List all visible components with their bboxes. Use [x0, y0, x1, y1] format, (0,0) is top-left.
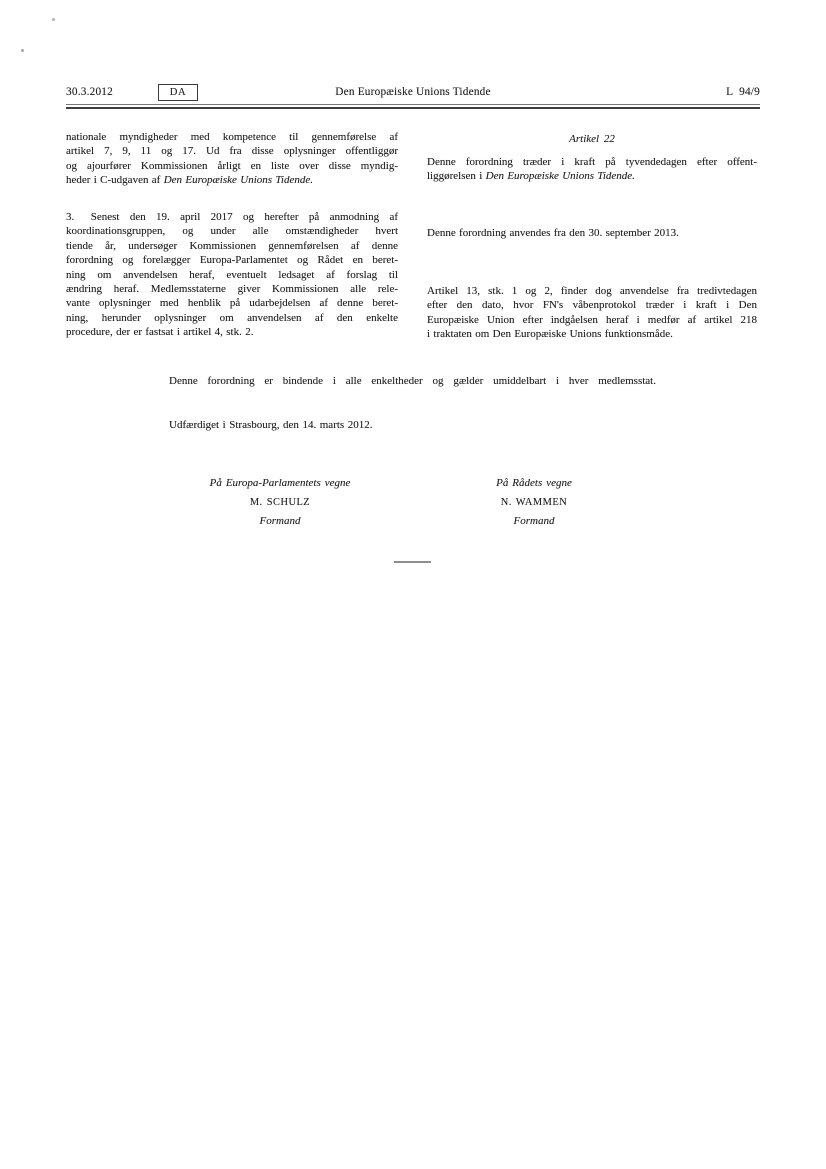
header-rule — [66, 104, 760, 109]
text: artikel 7, 9, 11 og 17. Ud fra disse opl… — [66, 145, 398, 157]
signatory-title: Formand — [160, 515, 400, 528]
text: liggørelsen i — [427, 170, 486, 182]
text: Denne forordning anvendes fra den 30. se… — [427, 227, 679, 239]
text-line: Denne forordning anvendes fra den 30. se… — [427, 226, 757, 240]
text: procedure, der er fastsat i artikel 4, s… — [66, 326, 253, 338]
signature-on-behalf: På Europa-Parlamentets vegne — [160, 477, 400, 490]
place-and-date: Udfærdiget i Strasbourg, den 14. marts 2… — [169, 419, 373, 431]
text: i traktaten om Den Europæiske Unions fun… — [427, 328, 673, 340]
italic-text: Den Europæiske Unions Tidende. — [486, 170, 635, 182]
text: Denne forordning træder i kraft på tyven… — [427, 156, 757, 168]
text-line: nationale myndigheder med kompetence til… — [66, 130, 398, 144]
italic-text: Den Europæiske Unions Tidende. — [164, 174, 313, 186]
text: nationale myndigheder med kompetence til… — [66, 131, 398, 143]
text-line: vante oplysninger med henblik på udarbej… — [66, 296, 398, 310]
text: forordning og forelægger Europa-Parlamen… — [66, 254, 398, 266]
scan-speck — [52, 18, 55, 21]
text: tiende år, undersøger Kommissionen genne… — [66, 240, 398, 252]
binding-clause: Denne forordning er bindende i alle enke… — [169, 374, 656, 388]
journal-page: 30.3.2012 DA Den Europæiske Unions Tiden… — [0, 0, 826, 1169]
text-line: ændring heraf. Medlemsstaterne giver Kom… — [66, 282, 398, 296]
text: efter den dato, hvor FN's våbenprotokol … — [427, 299, 757, 311]
signature-block-council: På Rådets vegne N. WAMMEN Formand — [414, 477, 654, 528]
text-line: heder i C-udgaven af Den Europæiske Unio… — [66, 173, 398, 187]
text-line: Artikel 13, stk. 1 og 2, finder dog anve… — [427, 284, 757, 298]
text-line: procedure, der er fastsat i artikel 4, s… — [66, 325, 398, 339]
paragraph-right-2: Denne forordning anvendes fra den 30. se… — [427, 226, 757, 240]
signatory-name: N. WAMMEN — [414, 497, 654, 510]
text-line: forordning og forelægger Europa-Parlamen… — [66, 253, 398, 267]
text-line: koordinationsgruppen, og under alle omst… — [66, 224, 398, 238]
text: og ajourfører Kommissionen årligt en lis… — [66, 160, 398, 172]
text-line: og ajourfører Kommissionen årligt en lis… — [66, 159, 398, 173]
signatory-title: Formand — [414, 515, 654, 528]
text: ning, herunder oplysninger om anvendelse… — [66, 312, 398, 324]
scan-speck — [21, 49, 24, 52]
signature-on-behalf: På Rådets vegne — [414, 477, 654, 490]
text: heder i C-udgaven af — [66, 174, 164, 186]
text: ændring heraf. Medlemsstaterne giver Kom… — [66, 283, 398, 295]
text: 3. Senest den 19. april 2017 og herefter… — [66, 211, 398, 223]
text-line: i traktaten om Den Europæiske Unions fun… — [427, 327, 757, 341]
text: koordinationsgruppen, og under alle omst… — [66, 225, 398, 237]
text-line: Denne forordning træder i kraft på tyven… — [427, 155, 757, 169]
page-reference: L 94/9 — [726, 86, 760, 98]
paragraph-left-2: 3. Senest den 19. april 2017 og herefter… — [66, 210, 398, 340]
signatory-name: M. SCHULZ — [160, 497, 400, 510]
journal-title: Den Europæiske Unions Tidende — [0, 86, 826, 98]
end-separator — [394, 561, 431, 563]
text: vante oplysninger med henblik på udarbej… — [66, 297, 398, 309]
text-line: Europæiske Union efter indgåelsen heraf … — [427, 313, 757, 327]
text-line: ning, herunder oplysninger om anvendelse… — [66, 311, 398, 325]
text-line: 3. Senest den 19. april 2017 og herefter… — [66, 210, 398, 224]
text: Artikel 13, stk. 1 og 2, finder dog anve… — [427, 285, 757, 297]
text-line: artikel 7, 9, 11 og 17. Ud fra disse opl… — [66, 144, 398, 158]
text: Europæiske Union efter indgåelsen heraf … — [427, 314, 757, 326]
paragraph-right-3: Artikel 13, stk. 1 og 2, finder dog anve… — [427, 284, 757, 342]
paragraph-right-1: Denne forordning træder i kraft på tyven… — [427, 155, 757, 184]
text: ning om anvendelsen heraf, eventuelt led… — [66, 269, 398, 281]
signature-block-parliament: På Europa-Parlamentets vegne M. SCHULZ F… — [160, 477, 400, 528]
paragraph-left-1: nationale myndigheder med kompetence til… — [66, 130, 398, 188]
text-line: liggørelsen i Den Europæiske Unions Tide… — [427, 169, 757, 183]
article-heading: Artikel 22 — [427, 133, 757, 145]
text-line: efter den dato, hvor FN's våbenprotokol … — [427, 298, 757, 312]
text-line: tiende år, undersøger Kommissionen genne… — [66, 239, 398, 253]
text-line: ning om anvendelsen heraf, eventuelt led… — [66, 268, 398, 282]
